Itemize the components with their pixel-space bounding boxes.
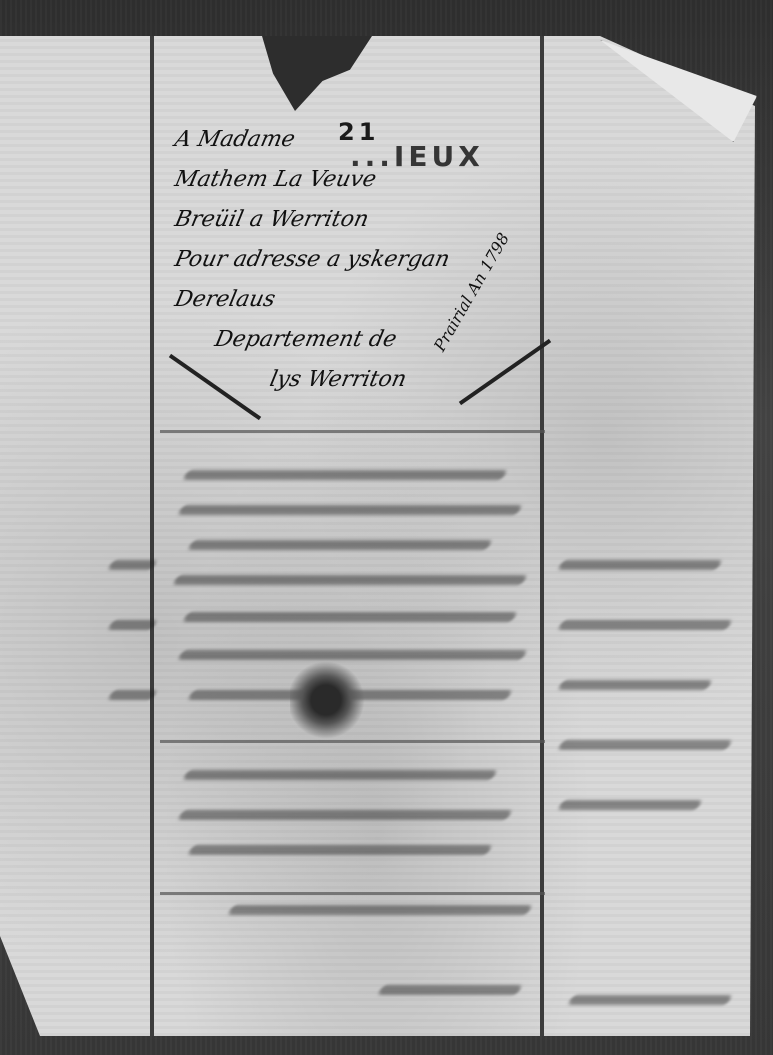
address-line: Mathem La Veuve (171, 160, 550, 200)
address-line: Derelaus (171, 280, 550, 320)
fold-line-horizontal-upper (160, 430, 545, 433)
address-line: Departement de (171, 320, 550, 360)
wax-seal-remnant (290, 660, 370, 740)
fold-line-horizontal-lower (160, 892, 545, 895)
fold-line-left (150, 36, 154, 1036)
fold-line-horizontal-middle (160, 740, 545, 743)
address-line: Breüil a Werriton (171, 200, 550, 240)
address-line: A Madame (171, 120, 550, 160)
